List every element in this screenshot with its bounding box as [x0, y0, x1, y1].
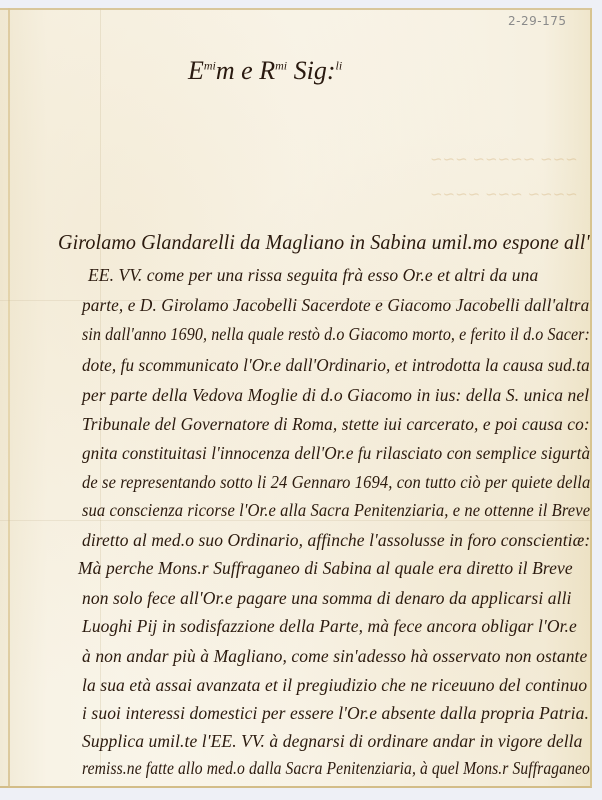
salutation-sup: mi	[204, 58, 216, 72]
text-line-10: sua conscienza ricorse l'Or.e alla Sacra…	[82, 500, 590, 521]
text-line-5: dote, fu scommunicato l'Or.e dall'Ordina…	[82, 355, 590, 376]
page-fold-left	[8, 8, 10, 788]
text-line-15: à non andar più à Magliano, come sin'ade…	[82, 646, 587, 667]
salutation-sup: mi	[275, 58, 287, 72]
text-line-12: Mà perche Mons.r Suffraganeo di Sabina a…	[78, 558, 573, 579]
text-line-9: de se representando sotto li 24 Gennaro …	[82, 472, 590, 493]
text-line-17: i suoi interessi domestici per essere l'…	[82, 703, 589, 724]
salutation-part: Sig:	[294, 56, 336, 85]
text-line-2: EE. VV. come per una rissa seguita frà e…	[88, 265, 538, 286]
salutation-part: m	[216, 56, 235, 85]
text-line-4: sin dall'anno 1690, nella quale restò d.…	[82, 324, 590, 345]
salutation-sup: li	[336, 58, 343, 72]
text-line-1: Girolamo Glandarelli da Magliano in Sabi…	[58, 230, 590, 255]
text-line-8: gnita constituitasi l'innocenza dell'Or.…	[82, 443, 590, 464]
bleed-through-text: ~~~~ ~~~ ~~~~	[430, 185, 578, 203]
text-line-14: Luoghi Pij in sodisfazzione della Parte,…	[82, 616, 577, 637]
background-strip	[0, 788, 602, 800]
text-line-13: non solo fece all'Or.e pagare una somma …	[82, 588, 572, 609]
salutation-initial: E	[188, 56, 204, 85]
text-line-3: parte, e D. Girolamo Jacobelli Sacerdote…	[82, 295, 589, 316]
archive-number: 2-29-175	[508, 14, 566, 28]
salutation-conjunction: e	[235, 56, 260, 85]
salutation-initial: R	[259, 56, 275, 85]
text-line-11: diretto al med.o suo Ordinario, affinche…	[82, 530, 590, 551]
text-line-18: Supplica umil.te l'EE. VV. à degnarsi di…	[82, 731, 582, 752]
text-line-6: per parte della Vedova Moglie di d.o Gia…	[82, 385, 589, 406]
text-line-19: remiss.ne fatte allo med.o dalla Sacra P…	[82, 758, 590, 779]
salutation: Emim e Rmi Sig:li	[188, 56, 342, 86]
text-line-16: la sua età assai avanzata et il pregiudi…	[82, 675, 587, 696]
text-line-7: Tribunale del Governatore di Roma, stett…	[82, 414, 590, 435]
bleed-through-text: ~~~ ~~~~~ ~~~	[430, 150, 578, 168]
